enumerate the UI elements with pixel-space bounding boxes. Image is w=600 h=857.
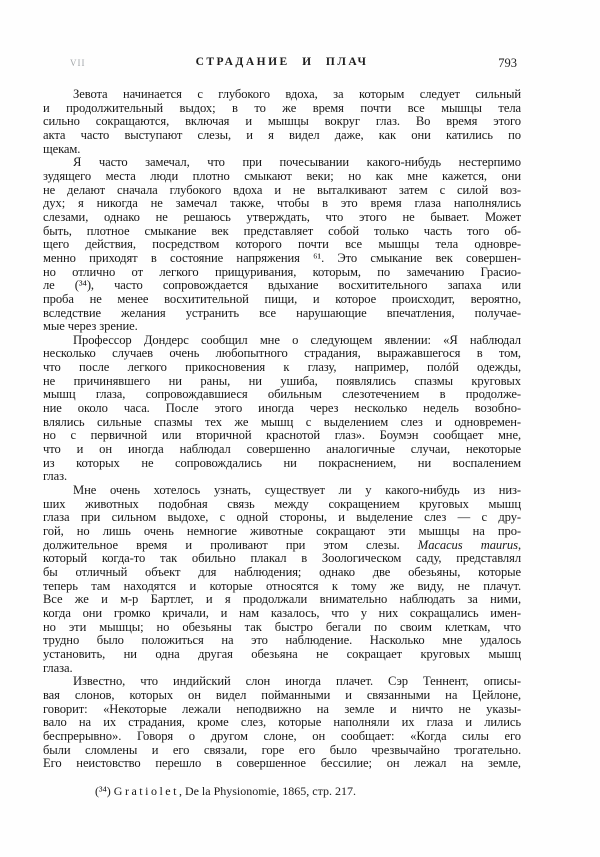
text-line: Мне очень хотелось узнать, существует ли… [43, 484, 521, 498]
text-line: слезами, однако не решаюсь утверждать, ч… [43, 211, 521, 225]
text-line: должительное время и проливают при этом … [43, 539, 521, 553]
text-line: глаза при сильном выдохе, с одной сторон… [43, 511, 521, 525]
text-line: что и он иногда наблюдал совершенно анал… [43, 443, 521, 457]
paragraph: Мне очень хотелось узнать, существует ли… [43, 484, 521, 675]
text-line: зудящего места люди плотно смыкают веки;… [43, 170, 521, 184]
text-line: вало на их страдания, кроме слез, которы… [43, 716, 521, 730]
text-line: глаз. [43, 470, 521, 484]
footnote-marker: (³⁴) [95, 784, 111, 798]
text-line: менно приходят в состояние напряжения ⁶¹… [43, 252, 521, 266]
text-line: но отлично от легкого прищуривания, кото… [43, 266, 521, 280]
text-line: но эти мышцы; но обезьяны так быстро бег… [43, 621, 521, 635]
paragraph: Зевота начинается с глубокого вдоха, за … [43, 88, 521, 156]
text-line: что после легкого прикосновения к глазу,… [43, 361, 521, 375]
text-line: ших животных подобная связь между сокращ… [43, 498, 521, 512]
text-line: Профессор Дондерс сообщил мне о следующе… [43, 334, 521, 348]
text-line: не делают сначала глубокого вдоха и не в… [43, 184, 521, 198]
text-line: проба не менее восхитительной пищи, и ко… [43, 293, 521, 307]
text-line: который когда-то так обильно плакал в Зо… [43, 552, 521, 566]
text-line: установить, ни одна другая обезьяна не с… [43, 648, 521, 662]
running-title: СТРАДАНИЕ И ПЛАЧ [43, 56, 521, 68]
text-line: мышц глаза, сопровождавшиеся обильным сл… [43, 388, 521, 402]
body-text: Зевота начинается с глубокого вдоха, за … [43, 88, 521, 771]
footnote-text: , De la Physionomie, 1865, стр. 217. [179, 784, 356, 798]
text-line: щекам. [43, 143, 521, 157]
text-line: дух; я никогда не замечал также, чтобы в… [43, 197, 521, 211]
text-line: Его неистовство перешло в совершенное бе… [43, 757, 521, 771]
text-line: щего действия, посредством которого почт… [43, 238, 521, 252]
text-line: влялись сильные спазмы тех же мышц с выд… [43, 416, 521, 430]
text-line: быть, плотное смыкание век представляет … [43, 225, 521, 239]
text-line: говорит: «Некоторые лежали неподвижно на… [43, 703, 521, 717]
text-line: сильно сокращаются, включая и мышцы вокр… [43, 115, 521, 129]
footnote-line: (³⁴) Gratiolet, De la Physionomie, 1865,… [43, 784, 521, 798]
text-line: когда они громко кричали, и нам казалось… [43, 607, 521, 621]
text-line: но с первичной или вторичной краснотой г… [43, 429, 521, 443]
text-line: трудно было положиться на это наблюдение… [43, 634, 521, 648]
text-line: Все же и м-р Бартлет, и я продолжали вни… [43, 593, 521, 607]
running-header: VII СТРАДАНИЕ И ПЛАЧ 793 [43, 56, 521, 72]
text-line: бы отличный объект для наблюдения; однак… [43, 566, 521, 580]
text-line: акта часто выступают слезы, и я видел да… [43, 129, 521, 143]
text-line: вая слонов, которых он видел пойманными … [43, 689, 521, 703]
footnote: (³⁴) Gratiolet, De la Physionomie, 1865,… [43, 784, 521, 798]
paragraph: Известно, что индийский слон иногда плач… [43, 675, 521, 771]
text-line: мые через зрение. [43, 320, 521, 334]
text-line: из которых не сопровождались ни покрасне… [43, 457, 521, 471]
text-line: вследствие желания устранить все нарушаю… [43, 307, 521, 321]
text-line: глаза. [43, 662, 521, 676]
text-line: несколько случаев очень любопытного стра… [43, 347, 521, 361]
page-number: 793 [498, 56, 517, 71]
paragraph: Профессор Дондерс сообщил мне о следующе… [43, 334, 521, 484]
text-line: ле (³⁴), часто сопровождается вдыхание в… [43, 279, 521, 293]
text-line: были сломлены и его связали, горе его бы… [43, 744, 521, 758]
text-line: не причинявшего ни раны, ни ушиба, появл… [43, 375, 521, 389]
text-line: беспрерывно». Говоря о другом слоне, он … [43, 730, 521, 744]
text-line: теперь там находятся и которые относятся… [43, 580, 521, 594]
text-line: Зевота начинается с глубокого вдоха, за … [43, 88, 521, 102]
text-line: и продолжительный выдох; в то же время п… [43, 102, 521, 116]
text-line: Я часто замечал, что при почесывании как… [43, 156, 521, 170]
text-line: ние около часа. После этого иногда через… [43, 402, 521, 416]
text-line: гой, но лишь очень немногие животные сок… [43, 525, 521, 539]
paragraph: Я часто замечал, что при почесывании как… [43, 156, 521, 334]
book-page: VII СТРАДАНИЕ И ПЛАЧ 793 Зевота начинает… [0, 0, 600, 857]
text-line: Известно, что индийский слон иногда плач… [43, 675, 521, 689]
footnote-author: Gratiolet [114, 784, 179, 798]
